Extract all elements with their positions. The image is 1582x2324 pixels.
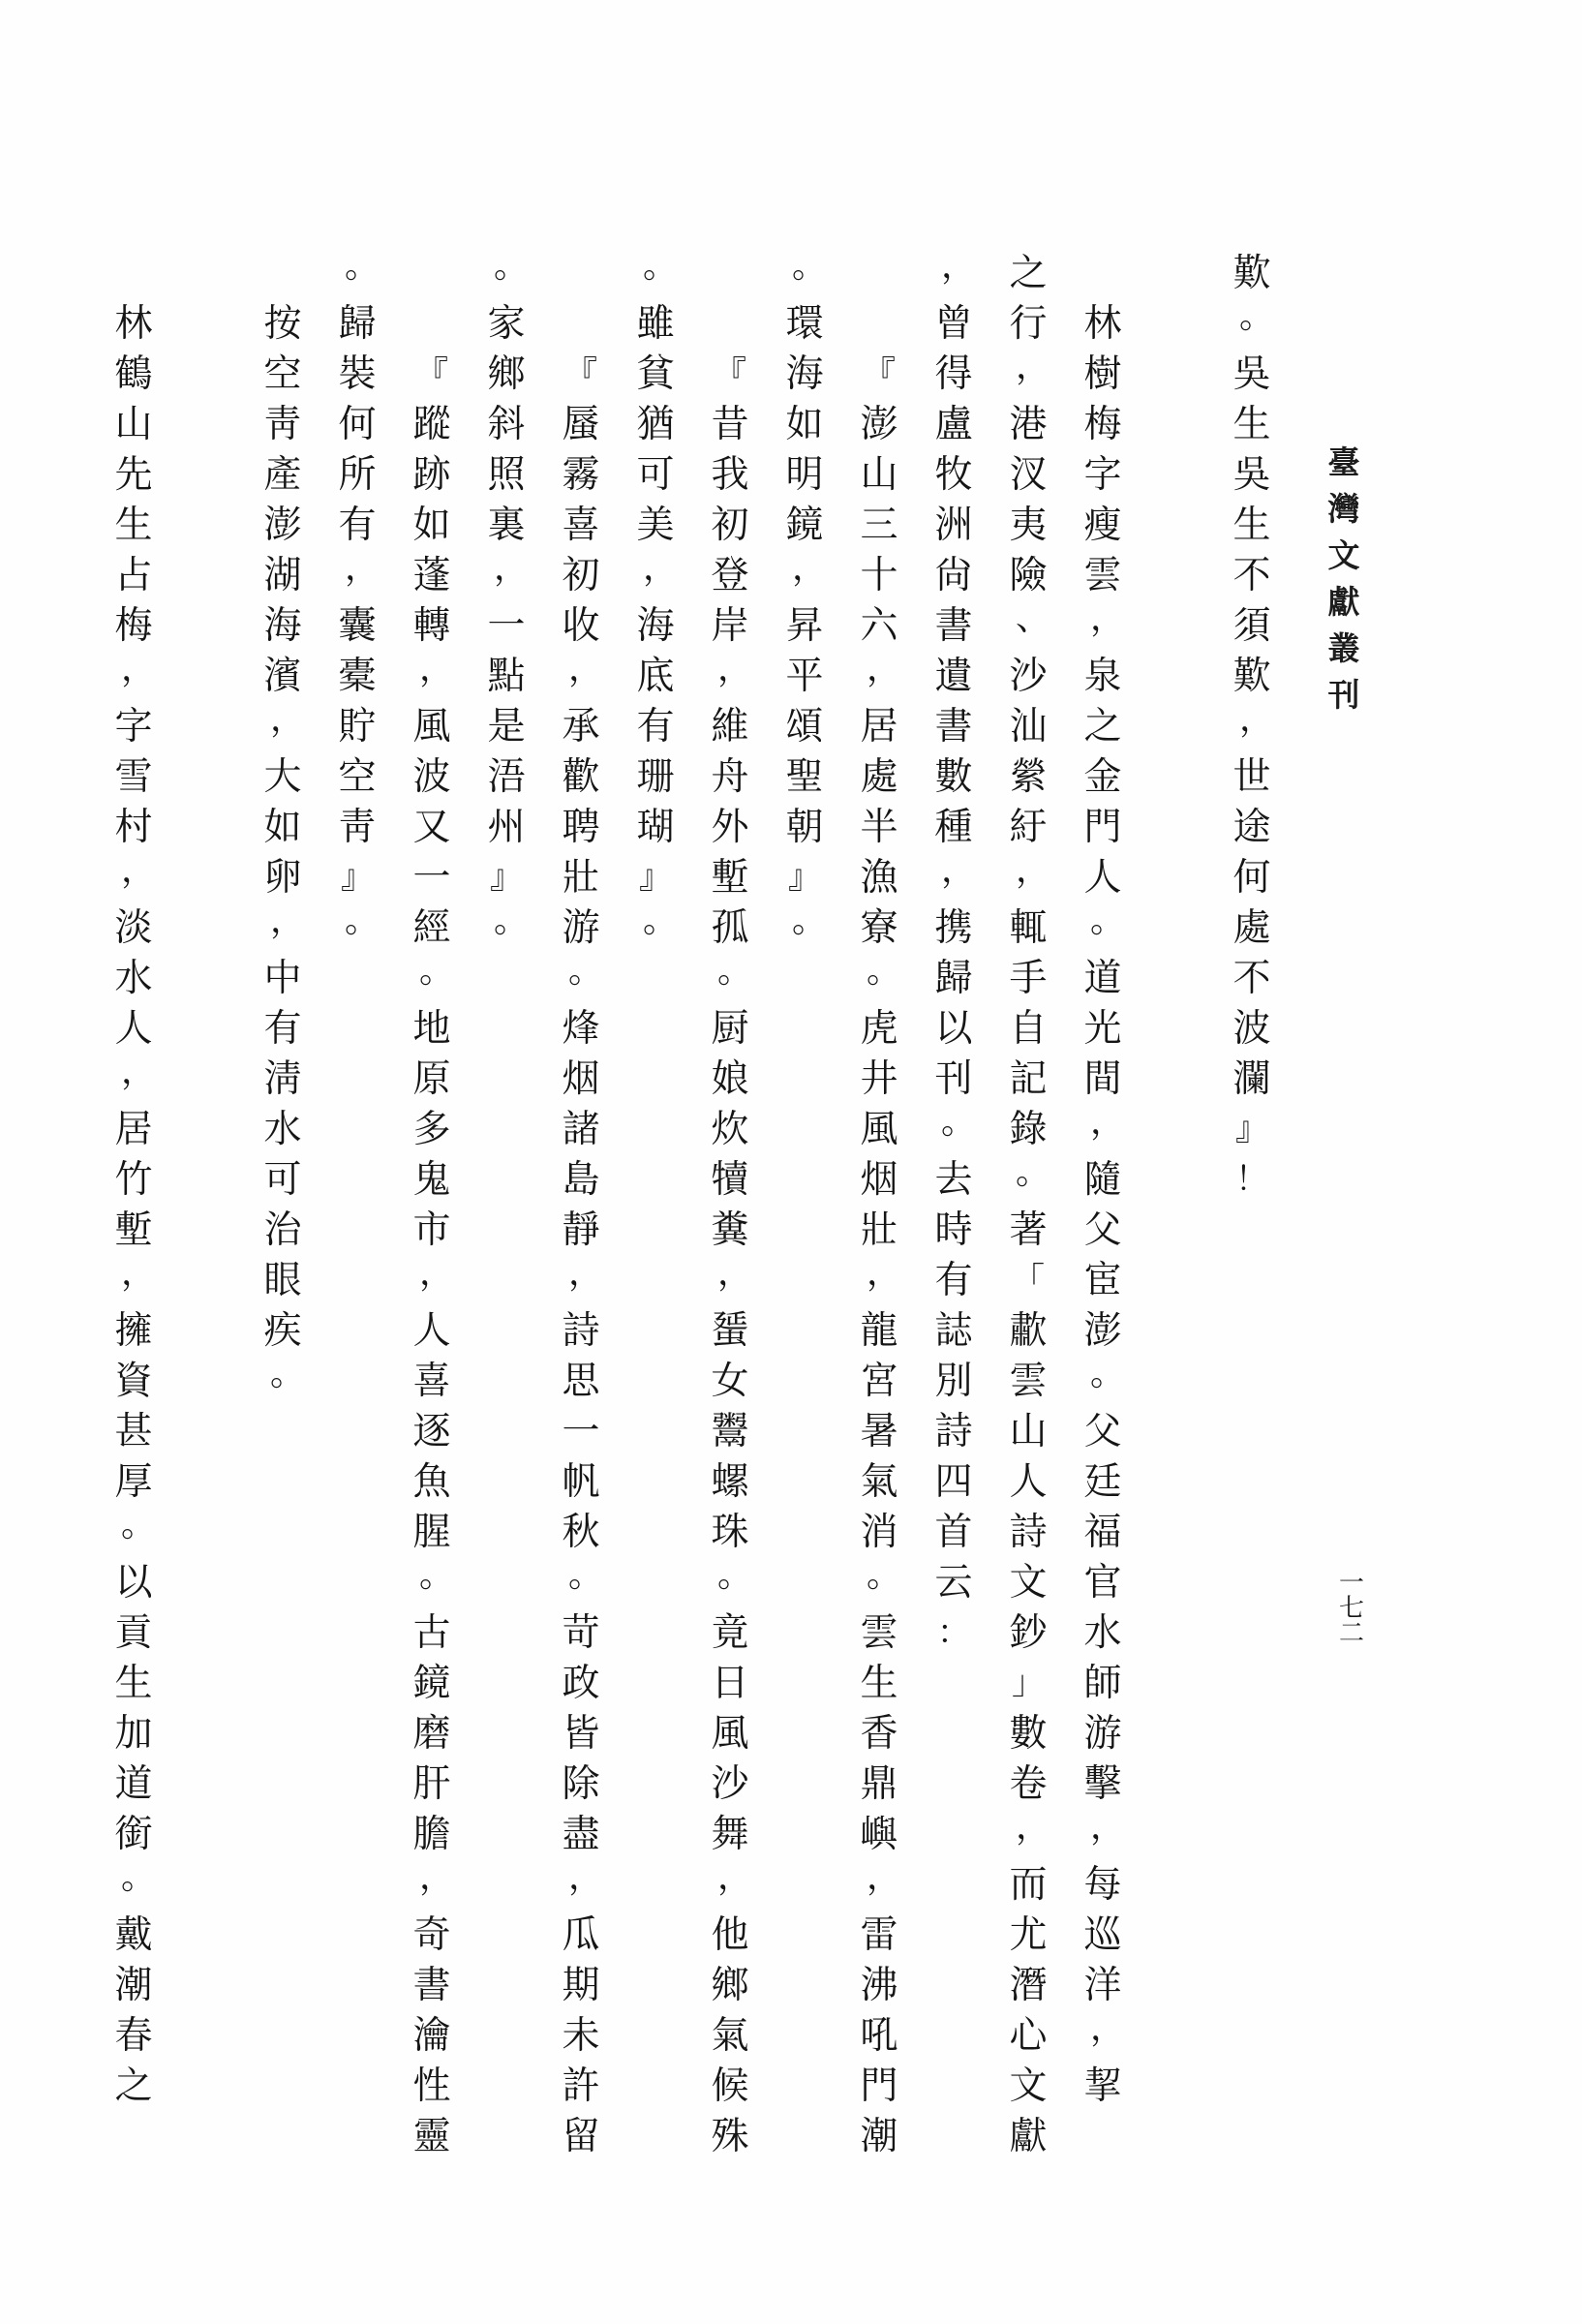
glyph: 誌 [931, 1306, 976, 1357]
glyph: 有 [335, 501, 380, 551]
glyph: 州 [484, 803, 529, 853]
glyph: 錄 [1006, 1105, 1050, 1155]
glyph: 一 [484, 601, 529, 652]
glyph: 期 [559, 1961, 603, 2011]
glyph: 牧 [931, 450, 976, 501]
glyph: 空 [260, 350, 305, 400]
glyph: 十 [857, 551, 901, 601]
glyph: 之 [111, 2062, 156, 2112]
glyph: 首 [931, 1508, 976, 1558]
glyph: 生 [857, 1659, 901, 1709]
glyph: 吼 [857, 2011, 901, 2062]
glyph: 如 [782, 400, 827, 450]
glyph: 山 [1006, 1407, 1050, 1457]
text-column: 按空靑產澎湖海濱，大如卵，中有淸水可治眼疾。 [260, 299, 305, 1407]
glyph: 漁 [857, 853, 901, 903]
glyph: 。 [559, 954, 603, 1004]
glyph: ， [410, 1860, 454, 1911]
glyph: ， [111, 1256, 156, 1306]
glyph: 父 [1080, 1407, 1125, 1457]
glyph: 雖 [633, 299, 678, 350]
glyph: 秋 [559, 1508, 603, 1558]
glyph: 官 [1080, 1558, 1125, 1608]
glyph: 。 [335, 903, 380, 954]
glyph: 壯 [559, 853, 603, 903]
glyph: 人 [410, 1306, 454, 1357]
glyph: 寮 [857, 903, 901, 954]
glyph: 犢 [708, 1155, 752, 1206]
glyph: 香 [857, 1709, 901, 1759]
glyph: 昇 [782, 601, 827, 652]
glyph: 曾 [931, 299, 976, 350]
glyph: 瑚 [633, 803, 678, 853]
glyph: 烟 [857, 1155, 901, 1206]
glyph: 宮 [857, 1357, 901, 1407]
glyph: 霧 [559, 450, 603, 501]
glyph: 靑 [335, 803, 380, 853]
glyph: 風 [708, 1709, 752, 1759]
glyph: 』 [782, 853, 827, 903]
glyph: 自 [1006, 1004, 1050, 1055]
text-column: 。雖貧猶可美，海底有珊瑚』。 [633, 249, 678, 954]
glyph: 縈 [1006, 752, 1050, 803]
glyph: 占 [111, 551, 156, 601]
glyph: 一 [410, 853, 454, 903]
glyph: 岸 [708, 601, 752, 652]
glyph: 福 [1080, 1508, 1125, 1558]
glyph: 」 [1006, 1659, 1050, 1709]
glyph: ， [633, 551, 678, 601]
glyph: 每 [1080, 1860, 1125, 1911]
glyph: 』 [484, 853, 529, 903]
glyph: 浯 [484, 752, 529, 803]
text-column: 歎。吳生吳生不須歎，世途何處不波瀾』！ [1230, 249, 1274, 1206]
glyph: 淡 [111, 903, 156, 954]
glyph: 「 [1006, 1256, 1050, 1306]
glyph: 喜 [559, 501, 603, 551]
glyph: 。 [782, 249, 827, 299]
glyph: 。 [708, 1558, 752, 1608]
glyph: 輒 [1006, 903, 1050, 954]
glyph: 世 [1230, 752, 1274, 803]
glyph: 猶 [633, 400, 678, 450]
glyph: 一 [1329, 1571, 1374, 1596]
glyph: 之 [1006, 249, 1050, 299]
glyph: 蓬 [410, 551, 454, 601]
glyph: ， [931, 853, 976, 903]
glyph: 盡 [559, 1810, 603, 1860]
glyph: 宦 [1080, 1256, 1125, 1306]
glyph: 波 [410, 752, 454, 803]
glyph: 生 [111, 501, 156, 551]
glyph: 古 [410, 1608, 454, 1659]
glyph: ， [931, 249, 976, 299]
glyph: 斜 [484, 400, 529, 450]
glyph: 裏 [484, 501, 529, 551]
glyph: 』 [335, 853, 380, 903]
glyph: 磨 [410, 1709, 454, 1759]
text-column: 『澎山三十六，居處半漁寮。虎井風烟壯，龍宮暑氣消。雲生香鼎嶼，雷沸吼門潮 [857, 350, 901, 2162]
glyph: 半 [857, 803, 901, 853]
glyph: 雲 [1006, 1357, 1050, 1407]
glyph: 『 [857, 350, 901, 400]
glyph: 二 [1329, 1621, 1374, 1646]
glyph: 轉 [410, 601, 454, 652]
glyph: 貧 [633, 350, 678, 400]
glyph: 。 [111, 1508, 156, 1558]
glyph: 七 [1329, 1596, 1374, 1621]
glyph: 嶼 [857, 1810, 901, 1860]
glyph: ， [260, 702, 305, 752]
text-column: 林鶴山先生占梅，字雪村，淡水人，居竹塹，擁資甚厚。以貢生加道銜。戴潮春之 [111, 299, 156, 2112]
glyph: 刊 [1322, 673, 1366, 719]
glyph: 跡 [410, 450, 454, 501]
glyph: 廷 [1080, 1457, 1125, 1508]
glyph: 瀾 [1230, 1055, 1274, 1105]
glyph: 。 [1080, 1357, 1125, 1407]
glyph: 戴 [111, 1911, 156, 1961]
glyph: 字 [1080, 450, 1125, 501]
glyph: 師 [1080, 1659, 1125, 1709]
glyph: 詩 [559, 1306, 603, 1357]
glyph: 瘦 [1080, 501, 1125, 551]
text-column: 『蜃霧喜初收，承歡聘壯游。烽烟諸島靜，詩思一帆秋。苛政皆除盡，瓜期未許留 [559, 350, 603, 2162]
glyph: 林 [111, 299, 156, 350]
glyph: 書 [410, 1961, 454, 2011]
glyph: 大 [260, 752, 305, 803]
glyph: 市 [410, 1206, 454, 1256]
glyph: 字 [111, 702, 156, 752]
glyph: 潮 [857, 2112, 901, 2162]
glyph: 隨 [1080, 1155, 1125, 1206]
glyph: 疾 [260, 1306, 305, 1357]
glyph: 娘 [708, 1055, 752, 1105]
page-number: 一七二 [1329, 1571, 1374, 1646]
glyph: ， [1080, 2011, 1125, 2062]
glyph: 間 [1080, 1055, 1125, 1105]
glyph: 。 [782, 903, 827, 954]
glyph: 塹 [708, 853, 752, 903]
glyph: 須 [1230, 601, 1274, 652]
glyph: 別 [931, 1357, 976, 1407]
glyph: 井 [857, 1055, 901, 1105]
glyph: ， [708, 1256, 752, 1306]
glyph: ， [484, 551, 529, 601]
glyph: 、 [1006, 601, 1050, 652]
glyph: 可 [260, 1155, 305, 1206]
glyph: ， [410, 652, 454, 702]
glyph: 承 [559, 702, 603, 752]
glyph: 卷 [1006, 1759, 1050, 1810]
glyph: 時 [931, 1206, 976, 1256]
glyph: 沸 [857, 1961, 901, 2011]
glyph: 螺 [708, 1457, 752, 1508]
glyph: 帆 [559, 1457, 603, 1508]
glyph: 潛 [1006, 1961, 1050, 2011]
glyph: 詩 [1006, 1508, 1050, 1558]
glyph: 歡 [559, 752, 603, 803]
glyph: 梅 [1080, 400, 1125, 450]
glyph: 鄉 [484, 350, 529, 400]
glyph: 甚 [111, 1407, 156, 1457]
glyph: ， [111, 1055, 156, 1105]
book-page-scan: 臺灣文獻叢刊 一七二 歎。吳生吳生不須歎，世途何處不波瀾』！林樹梅字瘦雲，泉之金… [0, 0, 1582, 2324]
glyph: 平 [782, 652, 827, 702]
text-column: 。歸裝何所有，囊橐貯空靑』。 [335, 249, 380, 954]
glyph: 記 [1006, 1055, 1050, 1105]
glyph: 海 [633, 601, 678, 652]
glyph: 。 [708, 954, 752, 1004]
glyph: 按 [260, 299, 305, 350]
glyph: ， [335, 551, 380, 601]
text-column: 『蹤跡如蓬轉，風波又一經。地原多鬼市，人喜逐魚腥。古鏡磨肝膽，奇書瀹性靈 [410, 350, 454, 2162]
glyph: 未 [559, 2011, 603, 2062]
glyph: 春 [111, 2011, 156, 2062]
glyph: 處 [857, 752, 901, 803]
glyph: 游 [1080, 1709, 1125, 1759]
glyph: 他 [708, 1911, 752, 1961]
glyph: 。 [633, 903, 678, 954]
glyph: 文 [1006, 1558, 1050, 1608]
glyph: 以 [111, 1558, 156, 1608]
glyph: 尤 [1006, 1911, 1050, 1961]
glyph: 貢 [111, 1608, 156, 1659]
glyph: 水 [260, 1105, 305, 1155]
glyph: 挈 [1080, 2062, 1125, 2112]
glyph: 虎 [857, 1004, 901, 1055]
glyph: 』 [1230, 1105, 1274, 1155]
glyph: 人 [1080, 853, 1125, 903]
glyph: ， [708, 652, 752, 702]
glyph: 。 [260, 1357, 305, 1407]
glyph: 初 [708, 501, 752, 551]
glyph: 頌 [782, 702, 827, 752]
glyph: 潮 [111, 1961, 156, 2011]
glyph: ， [559, 1256, 603, 1306]
glyph: 云 [931, 1558, 976, 1608]
glyph: 雲 [857, 1608, 901, 1659]
glyph: ， [111, 652, 156, 702]
glyph: ！ [1230, 1155, 1274, 1206]
glyph: 生 [111, 1659, 156, 1709]
glyph: 消 [857, 1508, 901, 1558]
glyph: 點 [484, 652, 529, 702]
glyph: 得 [931, 350, 976, 400]
glyph: 產 [260, 450, 305, 501]
glyph: 喜 [410, 1357, 454, 1407]
glyph: ， [708, 1860, 752, 1911]
glyph: ， [260, 903, 305, 954]
glyph: 。 [484, 903, 529, 954]
glyph: 紆 [1006, 803, 1050, 853]
glyph: 治 [260, 1206, 305, 1256]
glyph: 。 [559, 1558, 603, 1608]
glyph: 腥 [410, 1508, 454, 1558]
glyph: 有 [633, 702, 678, 752]
glyph: ， [559, 1860, 603, 1911]
glyph: 居 [857, 702, 901, 752]
glyph: 諸 [559, 1105, 603, 1155]
series-title-header: 臺灣文獻叢刊 [1322, 441, 1366, 719]
glyph: 道 [1080, 954, 1125, 1004]
glyph: 不 [1230, 551, 1274, 601]
glyph: 。 [410, 1558, 454, 1608]
glyph: 昔 [708, 400, 752, 450]
glyph: 灣 [1322, 487, 1366, 534]
glyph: 中 [260, 954, 305, 1004]
glyph: 擊 [1080, 1759, 1125, 1810]
glyph: 魚 [410, 1457, 454, 1508]
glyph: 卵 [260, 853, 305, 903]
glyph: 行 [1006, 299, 1050, 350]
glyph: 樹 [1080, 350, 1125, 400]
glyph: ， [1080, 601, 1125, 652]
glyph: 舞 [708, 1810, 752, 1860]
glyph: 數 [931, 752, 976, 803]
glyph: 暑 [857, 1407, 901, 1457]
glyph: ， [857, 652, 901, 702]
glyph: ， [559, 652, 603, 702]
glyph: 海 [782, 350, 827, 400]
glyph: 。 [931, 1105, 976, 1155]
glyph: 叢 [1322, 627, 1366, 673]
glyph: 加 [111, 1709, 156, 1759]
glyph: 風 [410, 702, 454, 752]
glyph: 險 [1006, 551, 1050, 601]
glyph: 鏡 [782, 501, 827, 551]
glyph: 處 [1230, 903, 1274, 954]
glyph: 尙 [931, 551, 976, 601]
glyph: 六 [857, 601, 901, 652]
glyph: ， [782, 551, 827, 601]
glyph: 橐 [335, 652, 380, 702]
glyph: 洋 [1080, 1961, 1125, 2011]
glyph: 烽 [559, 1004, 603, 1055]
glyph: 夷 [1006, 501, 1050, 551]
glyph: 皆 [559, 1709, 603, 1759]
glyph: 。 [1006, 1155, 1050, 1206]
glyph: 種 [931, 803, 976, 853]
glyph: 詩 [931, 1407, 976, 1457]
glyph: 膽 [410, 1810, 454, 1860]
glyph: 底 [633, 652, 678, 702]
glyph: 書 [931, 702, 976, 752]
glyph: 人 [1006, 1457, 1050, 1508]
glyph: 獻 [1322, 580, 1366, 627]
glyph: 所 [335, 450, 380, 501]
glyph: ， [1006, 1810, 1050, 1860]
text-column: 之行，港汊夷險、沙汕縈紆，輒手自記錄。著「歗雲山人詩文鈔」數卷，而尤潛心文獻 [1006, 249, 1050, 2162]
glyph: 手 [1006, 954, 1050, 1004]
glyph: 刊 [931, 1055, 976, 1105]
glyph: 貯 [335, 702, 380, 752]
glyph: 如 [410, 501, 454, 551]
glyph: 歗 [1006, 1306, 1050, 1357]
glyph: 水 [111, 954, 156, 1004]
glyph: 村 [111, 803, 156, 853]
glyph: 朝 [782, 803, 827, 853]
glyph: 炊 [708, 1105, 752, 1155]
glyph: 著 [1006, 1206, 1050, 1256]
glyph: 書 [931, 601, 976, 652]
glyph: ， [1230, 702, 1274, 752]
glyph: 是 [484, 702, 529, 752]
glyph: 澎 [260, 501, 305, 551]
glyph: 門 [1080, 803, 1125, 853]
glyph: 龍 [857, 1306, 901, 1357]
glyph: 吳 [1230, 350, 1274, 400]
glyph: 蜃 [559, 400, 603, 450]
glyph: 鈔 [1006, 1608, 1050, 1659]
glyph: 海 [260, 601, 305, 652]
glyph: 擁 [111, 1306, 156, 1357]
glyph: 照 [484, 450, 529, 501]
glyph: 。 [1230, 299, 1274, 350]
glyph: 林 [1080, 299, 1125, 350]
glyph: 靜 [559, 1206, 603, 1256]
glyph: 明 [782, 450, 827, 501]
glyph: 雷 [857, 1911, 901, 1961]
glyph: 。 [484, 249, 529, 299]
glyph: 光 [1080, 1004, 1125, 1055]
glyph: 。 [857, 1558, 901, 1608]
glyph: 肝 [410, 1759, 454, 1810]
glyph: 空 [335, 752, 380, 803]
glyph: 遺 [931, 652, 976, 702]
glyph: 竹 [111, 1155, 156, 1206]
glyph: 三 [857, 501, 901, 551]
glyph: 沙 [708, 1759, 752, 1810]
glyph: 風 [857, 1105, 901, 1155]
glyph: 文 [1006, 2062, 1050, 2112]
glyph: 吳 [1230, 450, 1274, 501]
glyph: 游 [559, 903, 603, 954]
text-column: 林樹梅字瘦雲，泉之金門人。道光間，隨父宦澎。父廷福官水師游擊，每巡洋，挈 [1080, 299, 1125, 2112]
glyph: ， [1006, 853, 1050, 903]
glyph: 數 [1006, 1709, 1050, 1759]
glyph: 獻 [1006, 2112, 1050, 2162]
glyph: 美 [633, 501, 678, 551]
glyph: ： [931, 1608, 976, 1659]
glyph: 可 [633, 450, 678, 501]
glyph: 』 [633, 853, 678, 903]
glyph: 。 [857, 954, 901, 1004]
glyph: 汕 [1006, 702, 1050, 752]
glyph: 原 [410, 1055, 454, 1105]
glyph: 糞 [708, 1206, 752, 1256]
glyph: 瓜 [559, 1911, 603, 1961]
glyph: 。 [111, 1860, 156, 1911]
glyph: 眼 [260, 1256, 305, 1306]
glyph: 舟 [708, 752, 752, 803]
glyph: 。 [633, 249, 678, 299]
glyph: 。 [335, 249, 380, 299]
glyph: 心 [1006, 2011, 1050, 2062]
glyph: 歎 [1230, 249, 1274, 299]
glyph: 港 [1006, 400, 1050, 450]
glyph: 靑 [260, 400, 305, 450]
glyph: 歸 [931, 954, 976, 1004]
glyph: 道 [111, 1759, 156, 1810]
glyph: 『 [708, 350, 752, 400]
glyph: 環 [782, 299, 827, 350]
glyph: 湖 [260, 551, 305, 601]
glyph: 殊 [708, 2112, 752, 2162]
glyph: 收 [559, 601, 603, 652]
glyph: 逐 [410, 1407, 454, 1457]
glyph: 囊 [335, 601, 380, 652]
glyph: ， [857, 1860, 901, 1911]
